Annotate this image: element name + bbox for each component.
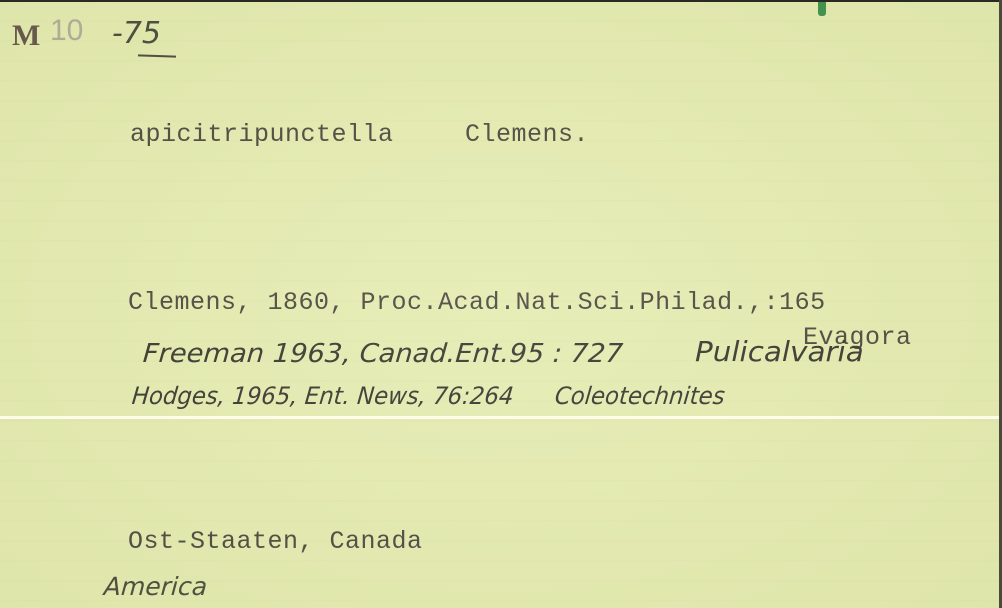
species-name: apicitripunctella (130, 120, 394, 149)
index-card: M 10 -75 apicitripunctella Clemens. Clem… (0, 2, 999, 608)
stamp-number: 10 (50, 14, 83, 48)
species-author: Clemens. (465, 120, 589, 149)
stamp-letter: M (12, 19, 39, 53)
card-number-underline (138, 54, 176, 57)
distribution-typed: Ost-Staaten, Canada (128, 527, 423, 556)
genus-coleotechnites: Coleotechnites (554, 382, 727, 410)
scan-glare-line (0, 416, 999, 419)
card-number: -75 (112, 16, 161, 51)
freeman-citation: Freeman 1963, Canad.Ent.95 : 727 (142, 339, 624, 369)
distribution-handwritten: America (103, 572, 208, 601)
card-tab-marker (818, 2, 826, 16)
hodges-citation: Hodges, 1965, Ent. News, 76:264 (131, 382, 515, 410)
original-citation: Clemens, 1860, Proc.Acad.Nat.Sci.Philad.… (128, 288, 826, 317)
genus-pulicalvaria: Pulicalvaria (695, 335, 864, 368)
